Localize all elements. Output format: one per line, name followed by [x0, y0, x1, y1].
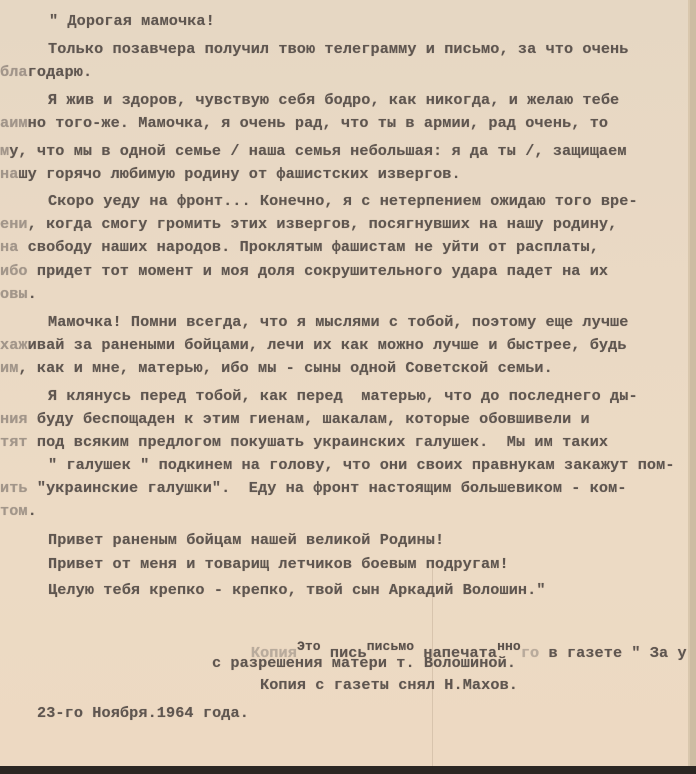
note-overtype-1: Это — [297, 639, 321, 654]
letter-line: Скоро уеду на фронт... Конечно, я с нете… — [48, 192, 638, 210]
note-line-2: с разрешения матери т. Волошиной. — [212, 654, 516, 672]
cut-off-text: на — [0, 165, 18, 183]
scan-bottom-border — [0, 766, 696, 774]
cut-off-text: овы — [0, 285, 28, 303]
letter-line: ибо придет тот момент и моя доля сокруши… — [0, 262, 608, 280]
letter-line: на свободу наших народов. Проклятым фаши… — [0, 238, 599, 256]
letter-line: благодарю. — [0, 63, 92, 81]
letter-line: Привет раненым бойцам нашей великой Роди… — [48, 531, 444, 549]
letter-line: нашу горячо любимую родину от фашистских… — [0, 165, 461, 183]
cut-off-text: том — [0, 502, 28, 520]
cut-off-text: аим — [0, 114, 28, 132]
letter-line: ния буду беспощаден к этим гиенам, шакал… — [0, 410, 590, 428]
letter-line: Привет от меня и товарищ летчиков боевым… — [48, 555, 509, 573]
cut-off-text: на — [0, 238, 18, 256]
cut-off-text: бла — [0, 63, 28, 81]
cut-off-text: ени — [0, 215, 28, 233]
letter-line: Целую тебя крепко - крепко, твой сын Арк… — [48, 581, 546, 599]
letter-line: тят под всяким предлогом покушать украин… — [0, 433, 608, 451]
page-right-edge — [690, 0, 696, 766]
letter-line: том. — [0, 502, 37, 520]
letter-line: овы. — [0, 285, 37, 303]
letter-line: им, как и мне, матерью, ибо мы - сыны од… — [0, 359, 553, 377]
document-page: " Дорогая мамочка!Только позавчера получ… — [0, 0, 692, 766]
cut-off-text: хаж — [0, 336, 28, 354]
letter-line: аимно того-же. Мамочка, я очень рад, что… — [0, 114, 608, 132]
cut-off-text: тят — [0, 433, 28, 451]
cut-off-text: ибо — [0, 262, 28, 280]
note-overtype-2: письмо — [367, 639, 414, 654]
note-line-3: Копия с газеты снял Н.Махов. — [260, 676, 518, 694]
document-date: 23-го Ноября.1964 года. — [37, 704, 249, 722]
cut-off-text: ить — [0, 479, 28, 497]
cut-off-text: м — [0, 142, 9, 160]
letter-line: Только позавчера получил твою телеграмму… — [48, 40, 628, 58]
letter-line: " галушек " подкинем на голову, что они … — [48, 456, 675, 474]
letter-line: ени, когда смогу громить этих извергов, … — [0, 215, 617, 233]
cut-off-text: им — [0, 359, 18, 377]
cut-off-text: ния — [0, 410, 28, 428]
letter-line: Мамочка! Помни всегда, что я мыслями с т… — [48, 313, 628, 331]
letter-line: хаживай за ранеными бойцами, лечи их как… — [0, 336, 627, 354]
letter-line: Я жив и здоров, чувствую себя бодро, как… — [48, 91, 619, 109]
letter-line: му, что мы в одной семье / наша семья не… — [0, 142, 627, 160]
letter-line: Я клянусь перед тобой, как перед матерью… — [48, 387, 638, 405]
letter-line: " Дорогая мамочка! — [49, 12, 215, 30]
letter-line: ить "украинские галушки". Еду на фронт н… — [0, 479, 627, 497]
